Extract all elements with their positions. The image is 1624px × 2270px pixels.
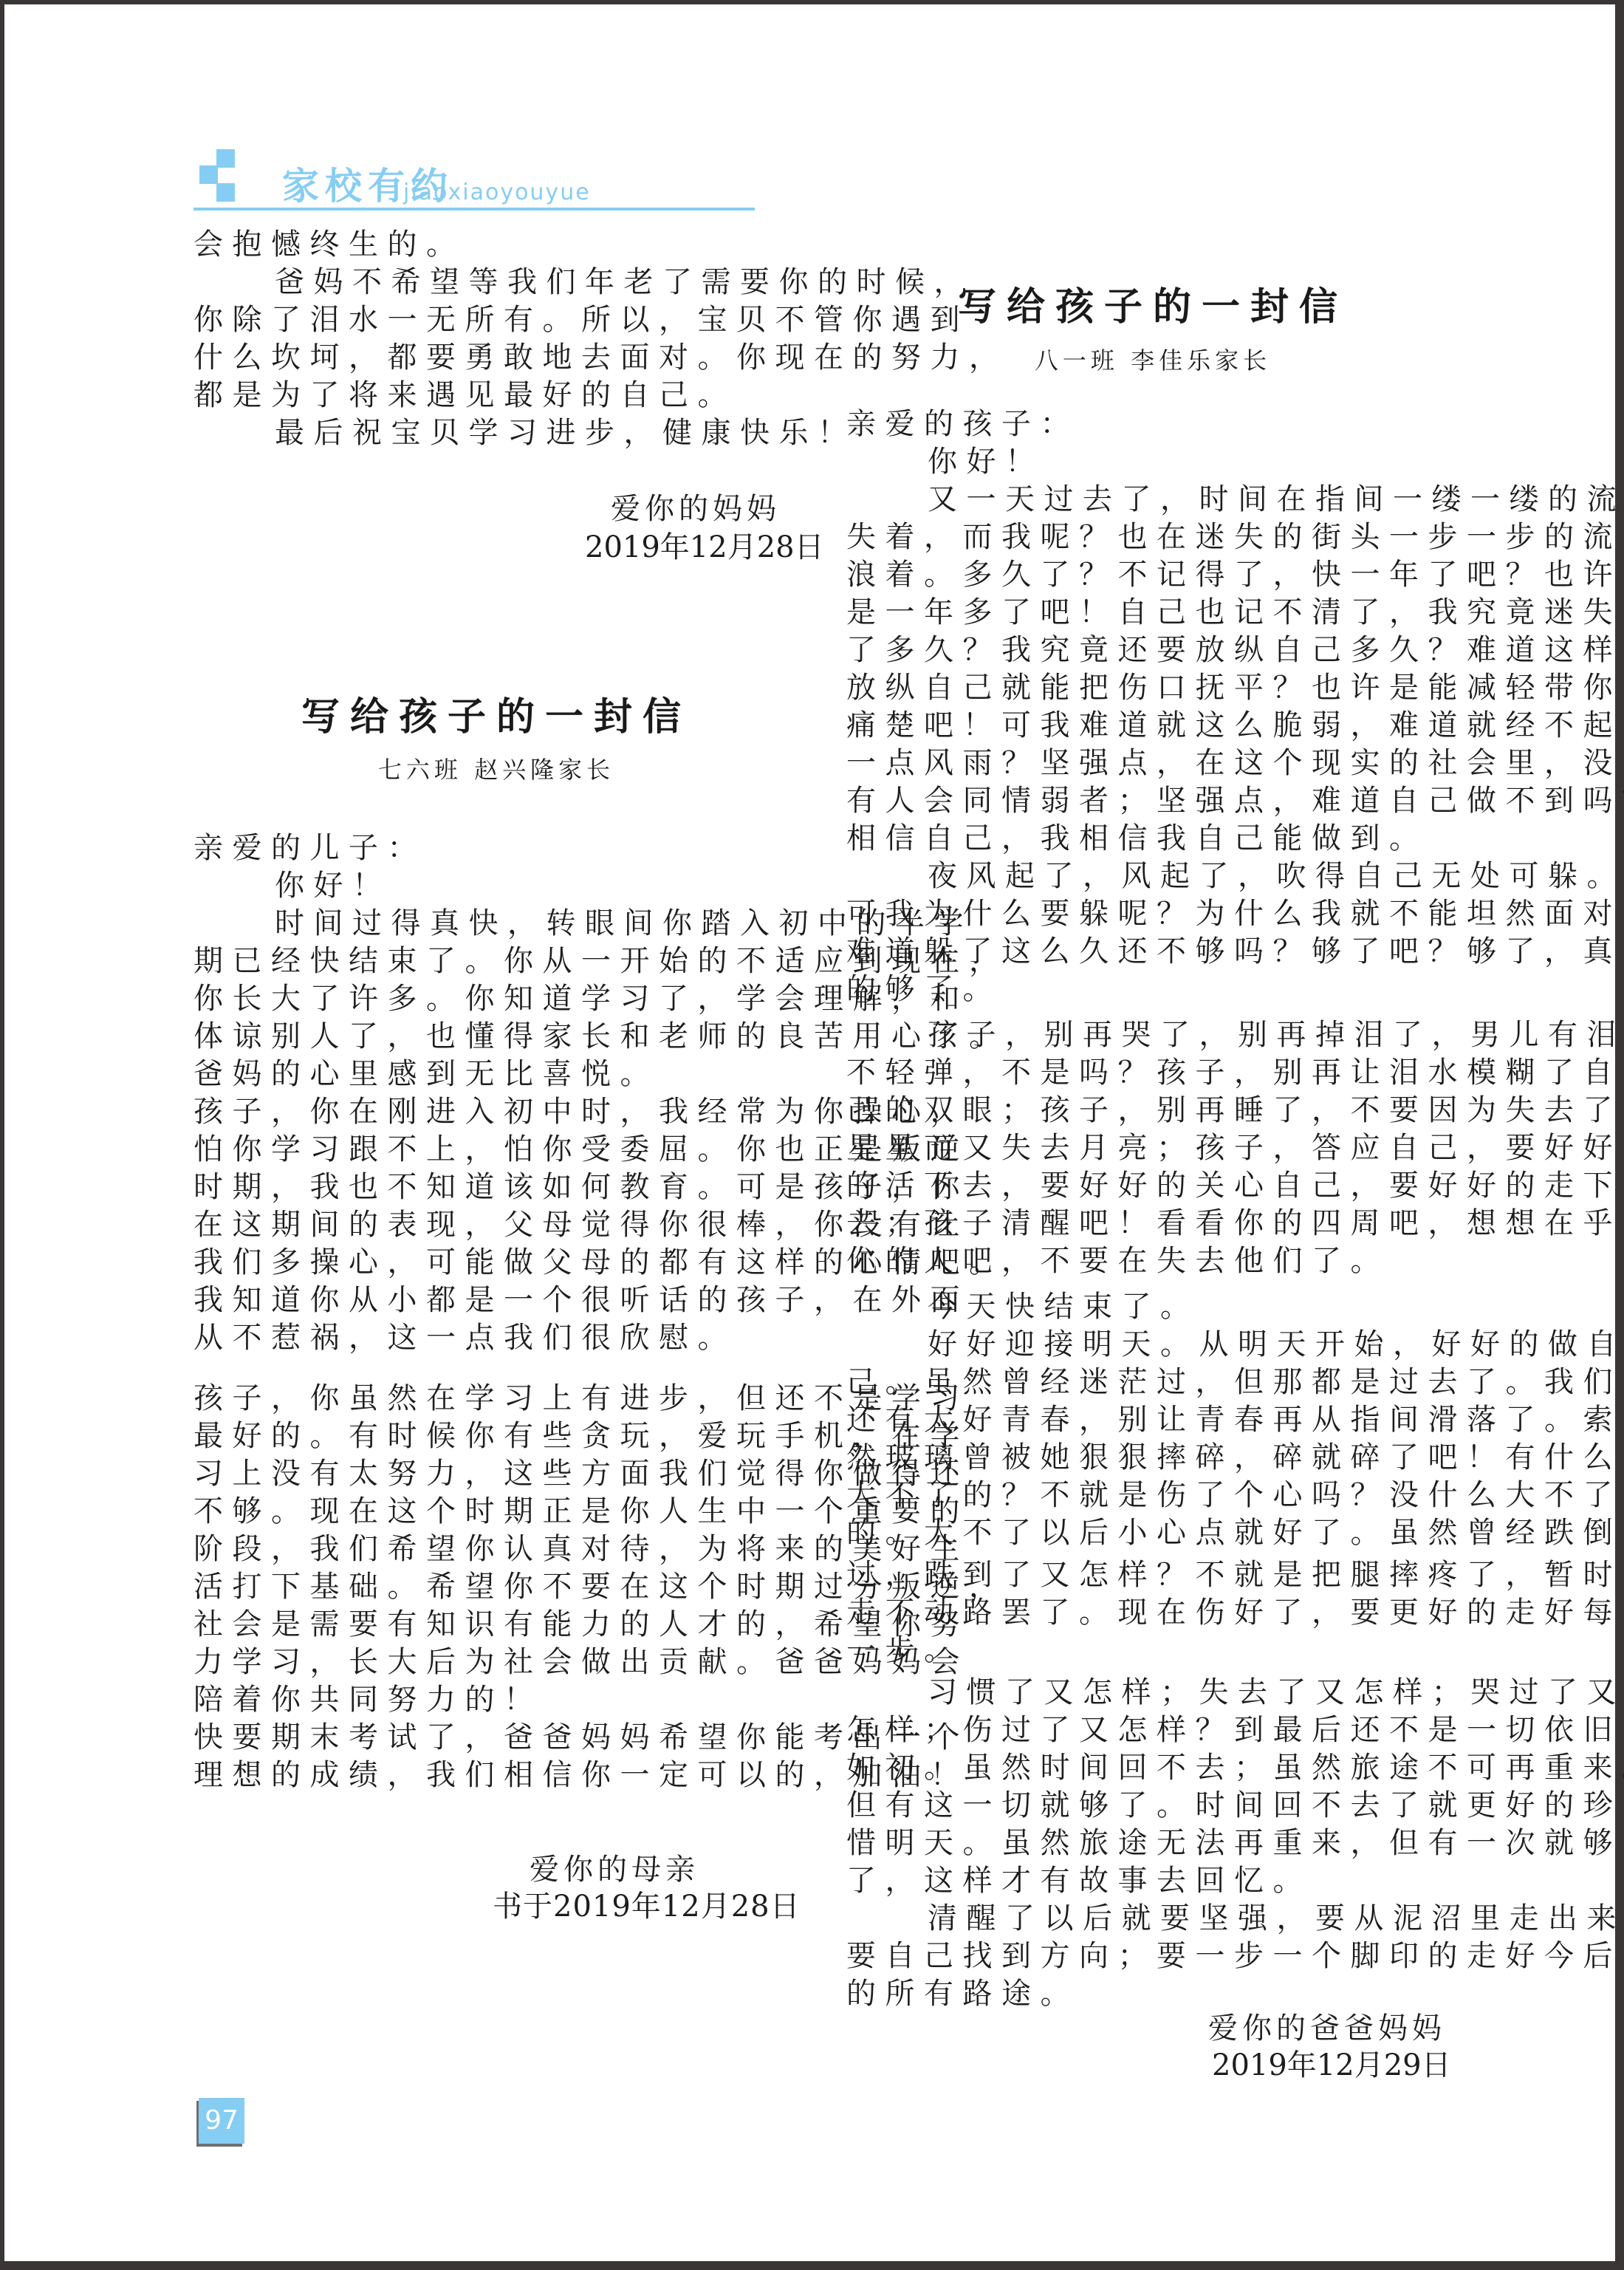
letter-author: 七六班 赵兴隆家长 — [193, 755, 799, 784]
body-line: 但有这一切就够了。时间回不去了就更好的珍 — [846, 1787, 1622, 1824]
body-line: 可我为什么要躲呢？为什么我就不能坦然面对， — [846, 895, 1624, 932]
body-line: 了，这样才有故事去回忆。 — [846, 1862, 1312, 1899]
body-line: 大不了的？不就是伤了个心吗？没什么大不了 — [846, 1477, 1622, 1514]
body-line: 的。大不了以后小心点就好了。虽然曾经跌倒 — [846, 1514, 1622, 1551]
body-line: 不轻弹，不是吗？孩子，别再让泪水模糊了自 — [846, 1054, 1622, 1091]
body-line: 失着，而我呢？也在迷失的街头一步一步的流 — [846, 519, 1622, 555]
logo-square-icon — [216, 149, 235, 168]
body-line: 会抱憾终生的。 — [193, 226, 465, 263]
body-line: 你的人吧，不要在失去他们了。 — [846, 1242, 1389, 1279]
body-line: 惜明天。虽然旅途无法再重来，但有一次就够 — [846, 1825, 1622, 1862]
signature-date: 书于2019年12月28日 — [493, 1888, 801, 1925]
salutation: 亲爱的孩子： — [846, 406, 1079, 442]
body-line: 怎样；伤过了又怎样？到最后还不是一切依旧 — [846, 1712, 1622, 1748]
page-number: 97 — [199, 2098, 244, 2144]
body-line: 孩子，别再哭了，别再掉泪了，男儿有泪 — [846, 1016, 1624, 1053]
body-line: 还有大好青春，别让青春再从指间滑落了。索 — [846, 1401, 1622, 1438]
signature: 爱你的爸爸妈妈 — [1208, 2010, 1446, 2047]
letter-title: 写给孩子的一封信 — [193, 695, 799, 739]
body-line: 一点风雨？坚强点，在这个现实的社会里，没 — [846, 745, 1622, 782]
body-line: 难道躲了这么久还不够吗？够了吧？够了，真 — [846, 933, 1622, 970]
body-line: 都是为了将来遇见最好的自己。 — [193, 377, 736, 414]
greeting: 你好！ — [846, 443, 1044, 480]
body-line: 今天快结束了。 — [846, 1288, 1199, 1325]
body-line: 有人会同情弱者；坚强点，难道自己做不到吗？ — [846, 782, 1624, 819]
body-line: 然玻璃曾被她狠狠摔碎，碎就碎了吧！有什么 — [846, 1439, 1622, 1476]
body-line: 一步。 — [846, 1632, 963, 1669]
body-line: 放纵自己就能把伤口抚平？也许是能减轻带你 — [846, 669, 1622, 706]
signature-date: 2019年12月28日 — [585, 529, 824, 566]
body-line: 相信自己，我相信我自己能做到。 — [846, 820, 1428, 857]
letter-title: 写给孩子的一封信 — [846, 285, 1459, 329]
body-line: 最后祝宝贝学习进步，健康快乐！ — [193, 414, 857, 451]
header-divider — [193, 208, 755, 211]
magazine-page: 家校有约 jiaoxiaoyouyue 会抱憾终生的。 爸妈不希望等我们年老了需… — [4, 4, 1615, 2261]
body-line: 夜风起了，风起了，吹得自己无处可躲。 — [846, 858, 1624, 895]
body-line: 好好迎接明天。从明天开始，好好的做自 — [846, 1326, 1624, 1363]
salutation: 亲爱的儿子： — [193, 830, 426, 866]
body-line: 清醒了以后就要坚强，要从泥沼里走出来； — [846, 1900, 1624, 1937]
logo-square-icon — [199, 165, 218, 184]
body-line: 走不动路罢了。现在伤好了，要更好的走好每 — [846, 1594, 1622, 1631]
body-line: 星星而又失去月亮；孩子，答应自己，要好好 — [846, 1129, 1622, 1166]
letter-author: 八一班 李佳乐家长 — [846, 346, 1459, 375]
signature: 爱你的妈妈 — [611, 490, 781, 527]
body-line: 如初。虽然时间回不去；虽然旅途不可再重来。 — [846, 1749, 1624, 1786]
body-line: 习惯了又怎样；失去了又怎样；哭过了又 — [846, 1674, 1624, 1711]
body-line: 己的双眼；孩子，别再睡了，不要因为失去了 — [846, 1092, 1622, 1129]
body-line: 己。虽然曾经迷茫过，但那都是过去了。我们 — [846, 1364, 1622, 1401]
body-line: 陪着你共同努力的！ — [193, 1681, 543, 1718]
body-line: 的所有路途。 — [846, 1975, 1079, 2012]
body-line: 爸妈的心里感到无比喜悦。 — [193, 1056, 659, 1093]
page-number-badge: 97 — [199, 2098, 244, 2144]
body-line: 又一天过去了，时间在指间一缕一缕的流 — [846, 481, 1624, 518]
section-pinyin: jiaoxiaoyouyue — [403, 180, 591, 205]
body-line: 浪着。多久了？不记得了，快一年了吧？也许 — [846, 556, 1622, 593]
body-line: 要自己找到方向；要一步一个脚印的走好今后 — [846, 1938, 1622, 1975]
greeting: 你好！ — [193, 867, 391, 904]
body-line: 的活下去，要好好的关心自己，要好好的走下 — [846, 1167, 1622, 1204]
signature-date: 2019年12月29日 — [1212, 2047, 1451, 2084]
body-line: 去；孩子清醒吧！看看你的四周吧，想想在乎 — [846, 1205, 1622, 1242]
body-line: 从不惹祸，这一点我们很欣慰。 — [193, 1319, 736, 1356]
body-line: 是一年多了吧！自己也记不清了，我究竟迷失 — [846, 594, 1622, 631]
body-line: 了多久？我究竟还要放纵自己多久？难道这样 — [846, 632, 1622, 669]
body-line: 过，跌到了又怎样？不就是把腿摔疼了，暂时 — [846, 1556, 1622, 1593]
body-line: 痛楚吧！可我难道就这么脆弱，难道就经不起 — [846, 707, 1622, 744]
body-line: 的够了。 — [846, 971, 1001, 1008]
logo-square-icon — [216, 183, 235, 202]
signature: 爱你的母亲 — [530, 1851, 699, 1888]
